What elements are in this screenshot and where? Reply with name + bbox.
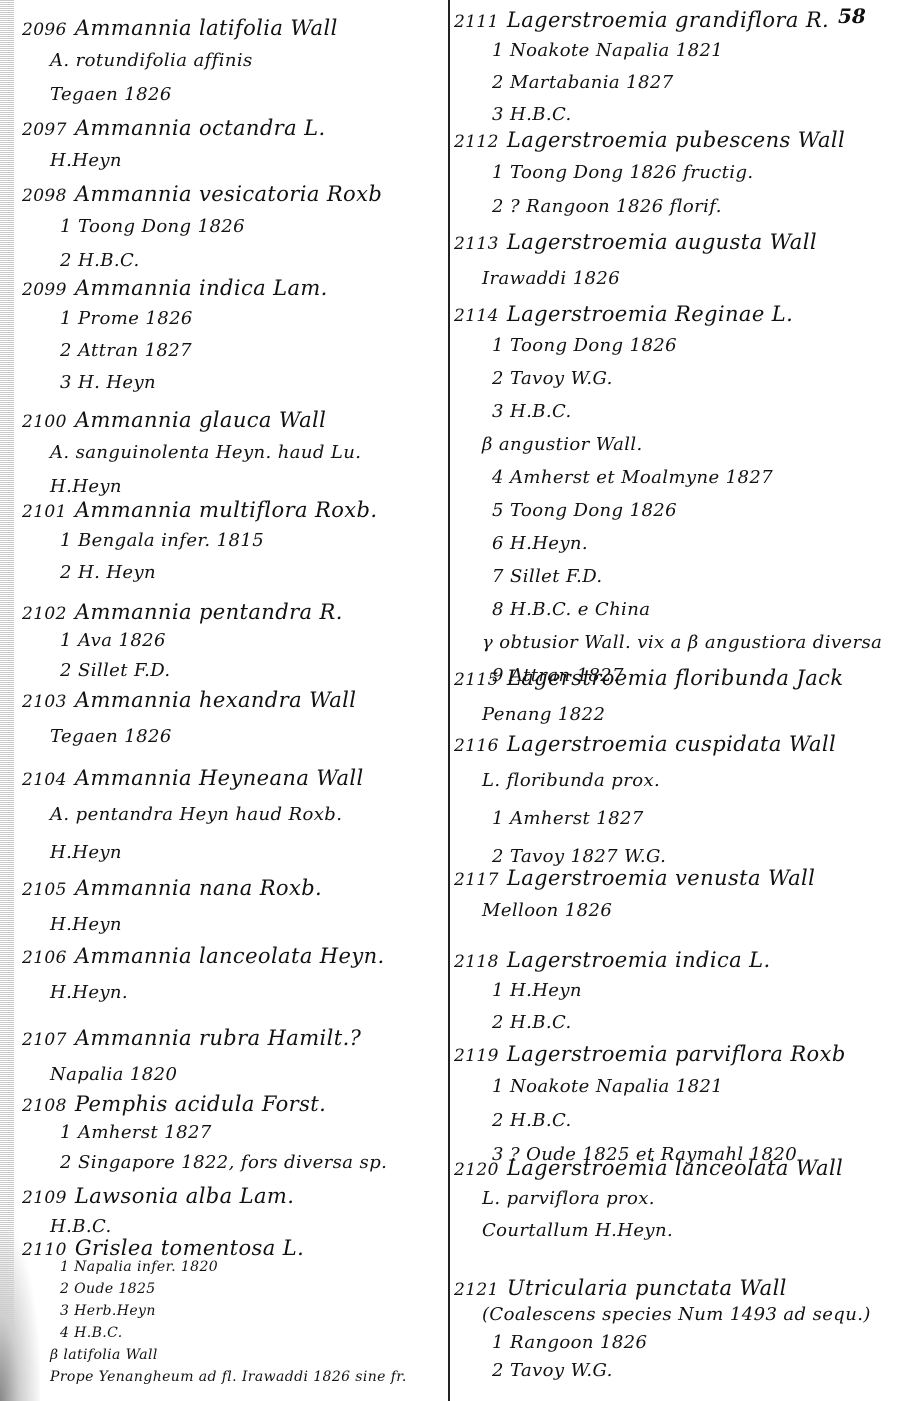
entry-heading: 2111Lagerstroemia grandiflora R. [454,10,894,42]
catalogue-entry: 2117Lagerstroemia venusta WallMelloon 18… [454,868,894,936]
scan-edge-shading [0,0,14,1401]
species-name: Lagerstroemia pubescens Wall [507,128,845,152]
catalogue-entry: 2108Pemphis acidula Forst.1 Amherst 1827… [22,1094,442,1184]
species-name: Lagerstroemia indica L. [507,948,771,972]
specimen-line: γ obtusior Wall. vix a β angustiora dive… [482,634,894,667]
catalogue-entry: 2103Ammannia hexandra WallTegaen 1826 [22,690,442,766]
entry-heading: 2096Ammannia latifolia Wall [22,18,442,52]
entry-number: 2107 [22,1030,67,1050]
specimen-line: β latifolia Wall [50,1348,442,1370]
specimen-line: 8 H.B.C. e China [492,601,894,634]
entry-number: 2112 [454,132,499,152]
specimen-line: Tegaen 1826 [50,86,442,120]
catalogue-entry: 2100Ammannia glauca WallA. sanguinolenta… [22,410,442,512]
specimen-line: 2 ? Rangoon 1826 florif. [492,198,894,232]
specimen-line: Courtallum H.Heyn. [482,1222,894,1254]
specimen-line: A. pentandra Heyn haud Roxb. [50,806,442,844]
specimen-line: 1 Toong Dong 1826 [492,337,894,370]
entry-number: 2120 [454,1160,499,1180]
catalogue-entry: 2106Ammannia lanceolata Heyn.H.Heyn. [22,946,442,1022]
species-name: Ammannia latifolia Wall [75,16,338,40]
catalogue-entry: 2112Lagerstroemia pubescens Wall1 Toong … [454,130,894,232]
catalogue-entry: 2098Ammannia vesicatoria Roxb1 Toong Don… [22,184,442,286]
entry-number: 2104 [22,770,67,790]
specimen-line: 3 H.B.C. [492,403,894,436]
species-name: Ammannia multiflora Roxb. [75,498,378,522]
specimen-line: A. rotundifolia affinis [50,52,442,86]
species-name: Ammannia indica Lam. [75,276,328,300]
specimen-line: H.Heyn. [50,984,442,1022]
specimen-line: 4 H.B.C. [60,1326,442,1348]
catalogue-entry: 2114Lagerstroemia Reginae L.1 Toong Dong… [454,304,894,700]
specimen-line: L. floribunda prox. [482,772,894,810]
specimen-line: L. parviflora prox. [482,1190,894,1222]
catalogue-entry: 2121Utricularia punctata Wall(Coalescens… [454,1278,894,1390]
entry-number: 2096 [22,20,67,40]
entry-number: 2115 [454,670,499,690]
specimen-line: 7 Sillet F.D. [492,568,894,601]
entry-heading: 2099Ammannia indica Lam. [22,278,442,310]
catalogue-entry: 2116Lagerstroemia cuspidata WallL. flori… [454,734,894,886]
entry-heading: 2106Ammannia lanceolata Heyn. [22,946,442,984]
entry-number: 2113 [454,234,499,254]
entry-number: 2110 [22,1240,67,1260]
specimen-line: H.Heyn [50,152,442,186]
entry-heading: 2120Lagerstroemia lanceolata Wall [454,1158,894,1190]
catalogue-entry: 2113Lagerstroemia augusta WallIrawaddi 1… [454,232,894,308]
specimen-line: β angustior Wall. [482,436,894,469]
entry-heading: 2115Lagerstroemia floribunda Jack [454,668,894,706]
entry-number: 2118 [454,952,499,972]
specimen-line: 2 Singapore 1822, fors diversa sp. [60,1154,442,1184]
specimen-line: 2 H. Heyn [60,564,442,596]
species-name: Lagerstroemia floribunda Jack [507,666,844,690]
specimen-line: Tegaen 1826 [50,728,442,766]
entry-number: 2101 [22,502,67,522]
species-name: Lagerstroemia lanceolata Wall [507,1156,843,1180]
specimen-line: 1 Toong Dong 1826 fructig. [492,164,894,198]
column-divider [448,0,450,1401]
specimen-line: 1 Noakote Napalia 1821 [492,42,894,74]
species-name: Ammannia octandra L. [75,116,326,140]
catalogue-entry: 2105Ammannia nana Roxb.H.Heyn [22,878,442,954]
entry-heading: 2102Ammannia pentandra R. [22,602,442,632]
entry-number: 2111 [454,12,499,32]
specimen-line: 4 Amherst et Moalmyne 1827 [492,469,894,502]
specimen-line: 1 Prome 1826 [60,310,442,342]
catalogue-entry: 2104Ammannia Heyneana WallA. pentandra H… [22,768,442,882]
specimen-line: 3 H. Heyn [60,374,442,406]
species-name: Lagerstroemia venusta Wall [507,866,815,890]
species-name: Lagerstroemia augusta Wall [507,230,817,254]
specimen-line: 1 Ava 1826 [60,632,442,662]
catalogue-entry: 2111Lagerstroemia grandiflora R.1 Noakot… [454,10,894,138]
specimen-line: (Coalescens species Num 1493 ad sequ.) [482,1306,894,1334]
entry-heading: 2105Ammannia nana Roxb. [22,878,442,916]
entry-heading: 2113Lagerstroemia augusta Wall [454,232,894,270]
species-name: Lagerstroemia cuspidata Wall [507,732,836,756]
entry-number: 2099 [22,280,67,300]
catalogue-entry: 2110Grislea tomentosa L.1 Napalia infer.… [22,1238,442,1392]
specimen-line: 1 Noakote Napalia 1821 [492,1078,894,1112]
species-name: Pemphis acidula Forst. [75,1092,326,1116]
specimen-line: 1 H.Heyn [492,982,894,1014]
entry-number: 2103 [22,692,67,712]
catalogue-entry: 2101Ammannia multiflora Roxb.1 Bengala i… [22,500,442,596]
entry-heading: 2101Ammannia multiflora Roxb. [22,500,442,532]
specimen-line: 2 Tavoy W.G. [492,370,894,403]
catalogue-entry: 2097Ammannia octandra L.H.Heyn [22,118,442,186]
species-name: Lawsonia alba Lam. [75,1184,294,1208]
catalogue-entry: 2099Ammannia indica Lam.1 Prome 18262 At… [22,278,442,406]
entry-heading: 2118Lagerstroemia indica L. [454,950,894,982]
species-name: Ammannia glauca Wall [75,408,326,432]
specimen-line: 1 Bengala infer. 1815 [60,532,442,564]
specimen-line: 2 Martabania 1827 [492,74,894,106]
entry-heading: 2119Lagerstroemia parviflora Roxb [454,1044,894,1078]
entry-number: 2106 [22,948,67,968]
entry-heading: 2108Pemphis acidula Forst. [22,1094,442,1124]
entry-number: 2108 [22,1096,67,1116]
entry-heading: 2116Lagerstroemia cuspidata Wall [454,734,894,772]
entry-number: 2116 [454,736,499,756]
species-name: Lagerstroemia parviflora Roxb [507,1042,846,1066]
specimen-line: A. sanguinolenta Heyn. haud Lu. [50,444,442,478]
entry-number: 2098 [22,186,67,206]
species-name: Ammannia lanceolata Heyn. [75,944,385,968]
specimen-line: 2 Oude 1825 [60,1282,442,1304]
entry-number: 2121 [454,1280,499,1300]
entry-heading: 2107Ammannia rubra Hamilt.? [22,1028,442,1066]
catalogue-entry: 2102Ammannia pentandra R.1 Ava 18262 Sil… [22,602,442,692]
catalogue-entry: 2096Ammannia latifolia WallA. rotundifol… [22,18,442,120]
entry-heading: 2110Grislea tomentosa L. [22,1238,442,1260]
species-name: Grislea tomentosa L. [75,1236,304,1260]
specimen-line: Melloon 1826 [482,902,894,936]
specimen-line: 1 Rangoon 1826 [492,1334,894,1362]
entry-number: 2117 [454,870,499,890]
species-name: Lagerstroemia Reginae L. [507,302,793,326]
catalogue-entry: 2118Lagerstroemia indica L.1 H.Heyn2 H.B… [454,950,894,1046]
entry-heading: 2114Lagerstroemia Reginae L. [454,304,894,337]
species-name: Ammannia hexandra Wall [75,688,357,712]
entry-number: 2100 [22,412,67,432]
specimen-line: 5 Toong Dong 1826 [492,502,894,535]
catalogue-entry: 2120Lagerstroemia lanceolata WallL. parv… [454,1158,894,1254]
entry-heading: 2121Utricularia punctata Wall [454,1278,894,1306]
specimen-line: 1 Amherst 1827 [60,1124,442,1154]
specimen-line: 6 H.Heyn. [492,535,894,568]
specimen-line: 1 Amherst 1827 [492,810,894,848]
specimen-line: 2 Attran 1827 [60,342,442,374]
entry-number: 2114 [454,306,499,326]
species-name: Lagerstroemia grandiflora R. [507,8,829,32]
entry-heading: 2103Ammannia hexandra Wall [22,690,442,728]
entry-heading: 2117Lagerstroemia venusta Wall [454,868,894,902]
entry-number: 2119 [454,1046,499,1066]
entry-heading: 2097Ammannia octandra L. [22,118,442,152]
entry-heading: 2100Ammannia glauca Wall [22,410,442,444]
entry-heading: 2109Lawsonia alba Lam. [22,1186,442,1218]
entry-number: 2105 [22,880,67,900]
species-name: Ammannia pentandra R. [75,600,343,624]
specimen-line: 2 H.B.C. [492,1112,894,1146]
entry-heading: 2112Lagerstroemia pubescens Wall [454,130,894,164]
specimen-line: 2 Tavoy W.G. [492,1362,894,1390]
entry-number: 2109 [22,1188,67,1208]
specimen-line: 1 Napalia infer. 1820 [60,1260,442,1282]
species-name: Ammannia Heyneana Wall [75,766,364,790]
entry-number: 2102 [22,604,67,624]
species-name: Ammannia vesicatoria Roxb [75,182,382,206]
specimen-line: 3 Herb.Heyn [60,1304,442,1326]
entry-heading: 2104Ammannia Heyneana Wall [22,768,442,806]
specimen-line: 1 Toong Dong 1826 [60,218,442,252]
entry-heading: 2098Ammannia vesicatoria Roxb [22,184,442,218]
species-name: Ammannia nana Roxb. [75,876,322,900]
specimen-line: Prope Yenangheum ad fl. Irawaddi 1826 si… [50,1370,442,1392]
species-name: Utricularia punctata Wall [507,1276,787,1300]
entry-number: 2097 [22,120,67,140]
species-name: Ammannia rubra Hamilt.? [75,1026,361,1050]
